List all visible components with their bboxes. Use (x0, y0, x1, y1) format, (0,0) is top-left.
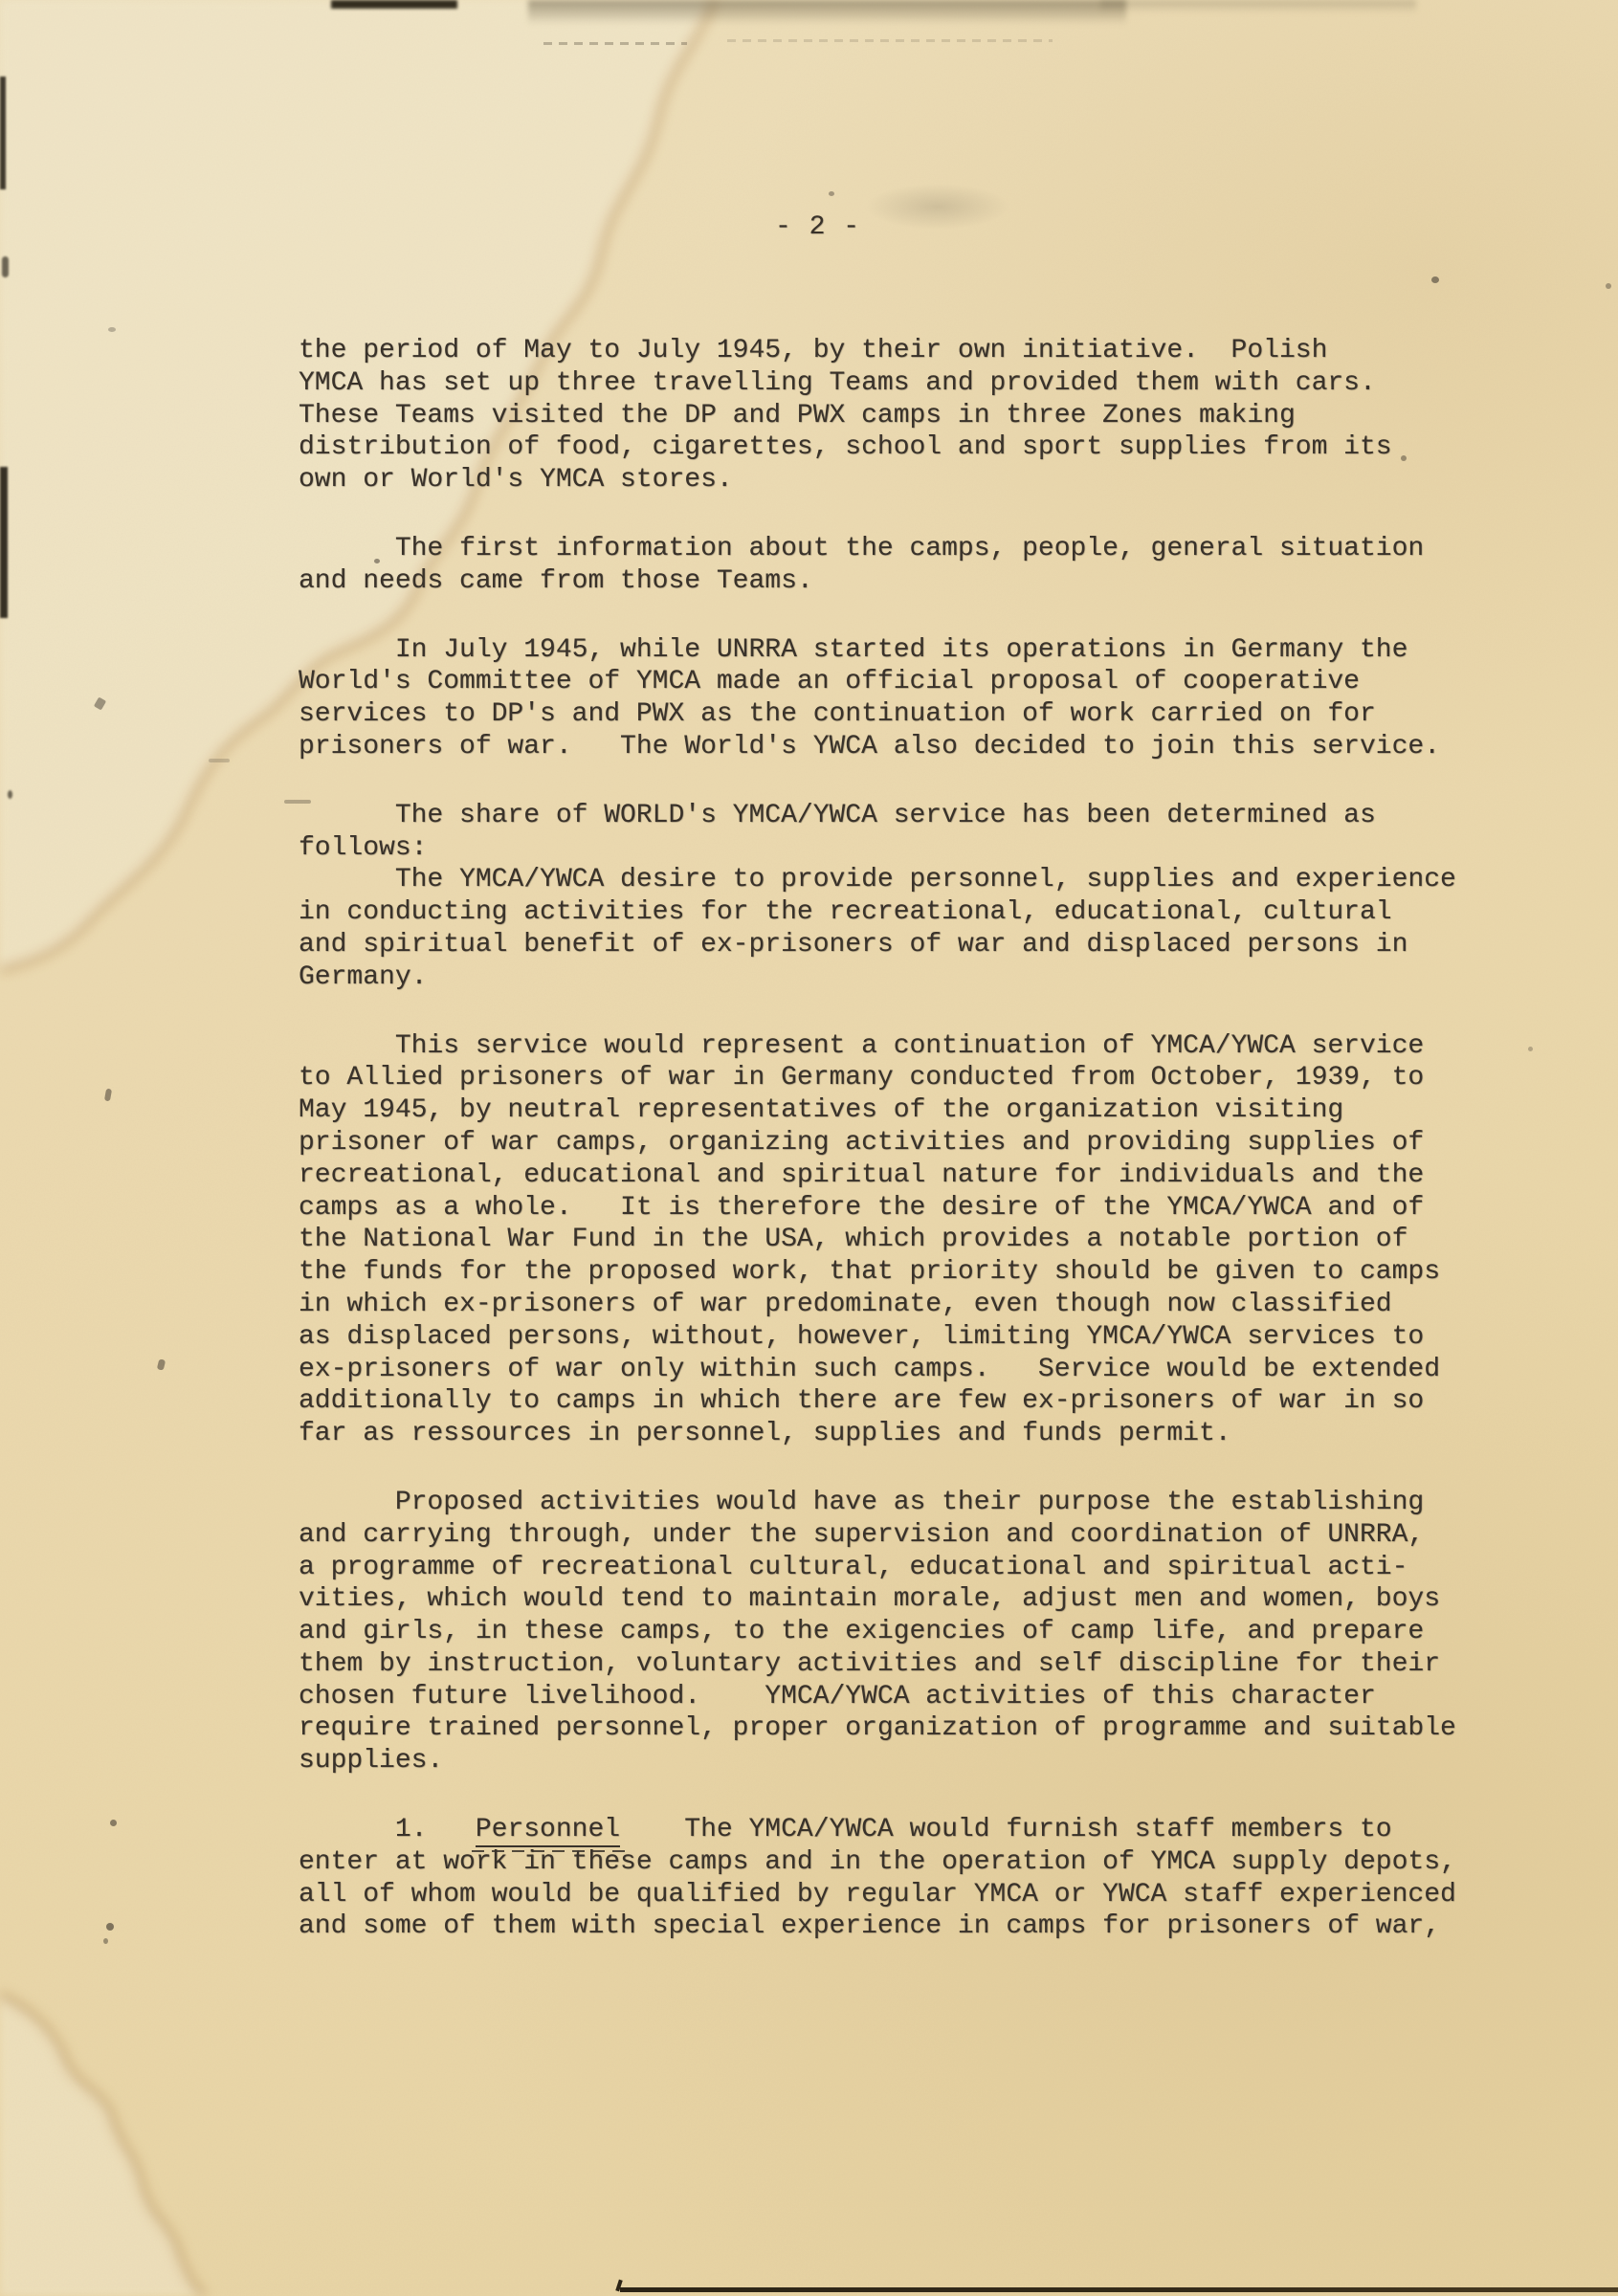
text-line: May 1945, by neutral representatives of … (299, 1094, 1533, 1127)
left-edge-mark (8, 790, 12, 799)
text-line: In July 1945, while UNRRA started its op… (299, 634, 1533, 667)
stain-bottom-left (0, 1995, 204, 2296)
faint-pencil-line (543, 42, 687, 45)
ink-speck (110, 1820, 117, 1826)
text-line: services to DP's and PWX as the continua… (299, 698, 1533, 731)
left-edge-mark (2, 256, 9, 277)
ink-speck (104, 1089, 112, 1102)
text-line: own or World's YMCA stores. (299, 464, 1533, 497)
text-line: all of whom would be qualified by regula… (299, 1879, 1533, 1911)
text-line: a programme of recreational cultural, ed… (299, 1552, 1533, 1584)
ink-speck (106, 1923, 114, 1931)
text-line: them by instruction, voluntary activitie… (299, 1648, 1533, 1681)
ink-speck (108, 327, 116, 332)
text-line: YMCA has set up three travelling Teams a… (299, 367, 1533, 400)
text-line: and needs came from those Teams. (299, 565, 1533, 598)
paragraph: the period of May to July 1945, by their… (299, 335, 1533, 497)
paragraph: This service would represent a continuat… (299, 1030, 1533, 1450)
left-edge-mark (0, 77, 6, 189)
paragraph: The share of WORLD's YMCA/YWCA service h… (299, 800, 1533, 994)
ink-speck (1606, 283, 1611, 289)
paragraph: The first information about the camps, p… (299, 533, 1533, 598)
text-line: prisoner of war camps, organizing activi… (299, 1127, 1533, 1159)
text-line: and some of them with special experience… (299, 1910, 1533, 1943)
text-line: distribution of food, cigarettes, school… (299, 431, 1533, 464)
ink-speck (157, 1358, 166, 1370)
text-line: follows: (299, 832, 1533, 865)
text-line: ex-prisoners of war only within such cam… (299, 1354, 1533, 1386)
text-line: additionally to camps in which there are… (299, 1385, 1533, 1418)
text-line: and spiritual benefit of ex-prisoners of… (299, 929, 1533, 961)
text-line: The share of WORLD's YMCA/YWCA service h… (299, 800, 1533, 832)
text-line: supplies. (299, 1745, 1533, 1777)
text-line: World's Committee of YMCA made an offici… (299, 666, 1533, 698)
text-line: The YMCA/YWCA desire to provide personne… (299, 864, 1533, 896)
text-line: chosen future livelihood. YMCA/YWCA acti… (299, 1681, 1533, 1713)
text-line: to Allied prisoners of war in Germany co… (299, 1062, 1533, 1094)
text-line: the period of May to July 1945, by their… (299, 335, 1533, 367)
faint-pencil-line (727, 39, 1053, 42)
scan-top-shadow (528, 0, 1126, 25)
text-line: and girls, in these camps, to the exigen… (299, 1616, 1533, 1648)
document-body: the period of May to July 1945, by their… (299, 335, 1533, 1943)
text-line: as displaced persons, without, however, … (299, 1321, 1533, 1354)
text-line: the funds for the proposed work, that pr… (299, 1256, 1533, 1289)
section-heading-personnel: Personnel (476, 1815, 620, 1847)
text-line: recreational, educational and spiritual … (299, 1159, 1533, 1192)
scanned-document-page: - 2 - the period of May to July 1945, by… (0, 0, 1618, 2296)
paragraph: Proposed activities would have as their … (299, 1487, 1533, 1777)
text-line: This service would represent a continuat… (299, 1030, 1533, 1063)
text-line: in which ex-prisoners of war predominate… (299, 1289, 1533, 1321)
text-line: Proposed activities would have as their … (299, 1487, 1533, 1519)
text-line: in conducting activities for the recreat… (299, 896, 1533, 929)
text-line: and carrying through, under the supervis… (299, 1519, 1533, 1552)
scan-top-shadow-right (1100, 0, 1416, 13)
ink-speck (94, 696, 106, 710)
text-line: the National War Fund in the USA, which … (299, 1224, 1533, 1256)
text-line: prisoners of war. The World's YWCA also … (299, 731, 1533, 763)
text-line: vities, which would tend to maintain mor… (299, 1583, 1533, 1616)
paragraph: In July 1945, while UNRRA started its op… (299, 634, 1533, 763)
paragraph: 1. Personnel The YMCA/YWCA would furnish… (299, 1814, 1533, 1943)
left-edge-mark (0, 467, 8, 618)
text-segment: The YMCA/YWCA would furnish staff member… (620, 1815, 1392, 1844)
text-segment: 1. (299, 1815, 476, 1844)
stain-edge-bottom-left (0, 1995, 204, 2296)
text-line: far as ressources in personnel, supplies… (299, 1418, 1533, 1450)
pencil-dash (209, 759, 230, 762)
text-line: Germany. (299, 961, 1533, 994)
text-line: require trained personnel, proper organi… (299, 1712, 1533, 1745)
text-line: The first information about the camps, p… (299, 533, 1533, 565)
text-line: These Teams visited the DP and PWX camps… (299, 400, 1533, 432)
ink-speck (1431, 276, 1439, 283)
scan-top-edge-mark (331, 0, 457, 9)
ink-speck (103, 1938, 108, 1944)
scan-bottom-edge-line (620, 2287, 1618, 2292)
pencil-smudge (866, 184, 1009, 230)
text-line: camps as a whole. It is therefore the de… (299, 1192, 1533, 1225)
text-line: 1. Personnel The YMCA/YWCA would furnish… (299, 1814, 1533, 1846)
ink-speck (829, 191, 834, 196)
page-number: - 2 - (775, 211, 860, 244)
